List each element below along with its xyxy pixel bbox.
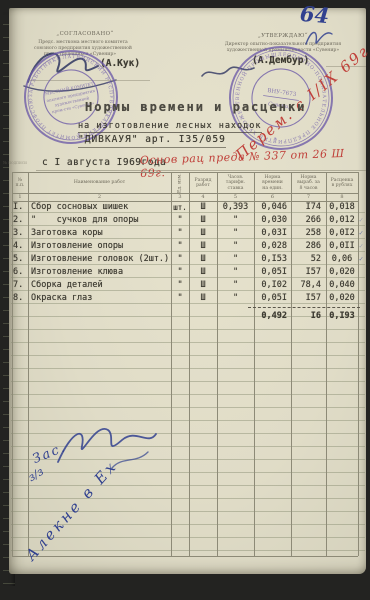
col-header-time: Норма времени на един. [254, 173, 291, 193]
row-num: 4. [13, 240, 28, 253]
scanned-document-page: { "page": {"corner_number": "64"}, "appr… [0, 0, 370, 600]
row-output: 258 [291, 227, 321, 240]
row-unit: " [171, 227, 189, 240]
approved-line-2: художественной промышленности «Сувенир» [198, 48, 368, 54]
row-output: 286 [291, 240, 321, 253]
document-article: "ДИВКАУЯ" арт. I35/059 [78, 134, 226, 148]
row-unit: шт. [171, 201, 189, 214]
row-unit: " [171, 240, 189, 253]
row-rate: " [217, 240, 254, 253]
totals-dashed-line [248, 307, 360, 308]
row-price: 0,06 [326, 253, 358, 266]
row-time: 0,028 [254, 240, 287, 253]
row-output: I74 [291, 201, 321, 214]
row-name: Сбор сосновых шишек [31, 201, 169, 214]
col-header-price: Расценка в рублях [326, 173, 358, 193]
row-output: 266 [291, 214, 321, 227]
agreed-heading: „СОГЛАСОВАНО“ [30, 31, 140, 37]
row-unit: " [171, 253, 189, 266]
row-time: 0,05I [254, 292, 287, 305]
colnum: 8 [326, 194, 358, 200]
colnum: 6 [254, 194, 291, 200]
row-price: 0,012 [326, 214, 358, 227]
signature-right-ink [200, 62, 260, 84]
row-unit: " [171, 279, 189, 292]
document-subtitle: на изготовление лесных находок [78, 121, 262, 133]
row-name: Окраска глаз [31, 292, 169, 305]
total-price: 0,I93 [326, 310, 358, 323]
row-grade: Ш [189, 292, 217, 305]
row-num: 2. [13, 214, 28, 227]
table-bottom-border [12, 556, 358, 557]
row-name: Изготовление клюва [31, 266, 169, 279]
check-mark: ✓ [359, 214, 363, 227]
page-number-flourish [302, 24, 336, 50]
row-time: 0,I02 [254, 279, 287, 292]
row-num: 7. [13, 279, 28, 292]
row-grade: Ш [189, 253, 217, 266]
row-output: I57 [291, 266, 321, 279]
row-rate: " [217, 214, 254, 227]
row-output: 78,4 [291, 279, 321, 292]
check-mark: ✓ [359, 240, 363, 253]
colnum: 7 [291, 194, 326, 200]
colnum: 1 [12, 194, 28, 200]
row-num: I. [13, 201, 28, 214]
col-header-name: Наименование работ [28, 173, 171, 193]
row-grade: Ш [189, 227, 217, 240]
row-output: 52 [291, 253, 321, 266]
check-mark: ✓ [359, 253, 363, 266]
row-num: 3. [13, 227, 28, 240]
row-grade: Ш [189, 240, 217, 253]
colnum: 4 [189, 194, 217, 200]
col-header-grade: Разряд работ [189, 173, 217, 193]
colnum: 3 [171, 194, 189, 200]
row-rate: " [217, 227, 254, 240]
check-mark: ✓ [359, 227, 363, 240]
approved-name: (А.Дембур) [252, 55, 309, 66]
row-grade: Ш [189, 201, 217, 214]
row-name: Изготовление головок (2шт.) [31, 253, 169, 266]
row-rate: " [217, 266, 254, 279]
signature-line-left [30, 80, 150, 81]
row-num: 8. [13, 292, 28, 305]
row-unit: " [171, 214, 189, 227]
row-price: 0,020 [326, 266, 358, 279]
row-num: 6. [13, 266, 28, 279]
row-price: 0,0II [326, 240, 358, 253]
row-rate: " [217, 279, 254, 292]
row-time: 0,046 [254, 201, 287, 214]
row-price: 0,0I2 [326, 227, 358, 240]
total-output: I6 [291, 310, 321, 323]
agreed-name: (А.Кук) [100, 58, 140, 69]
row-price: 0,018 [326, 201, 358, 214]
row-name: Изготовление опоры [31, 240, 169, 253]
row-price: 0,040 [326, 279, 358, 292]
row-rate: " [217, 253, 254, 266]
row-unit: " [171, 292, 189, 305]
table-vline [28, 172, 29, 556]
row-time: 0,030 [254, 214, 287, 227]
total-time: 0,492 [254, 310, 287, 323]
faint-margin-label: № подписи [3, 160, 27, 165]
row-grade: Ш [189, 214, 217, 227]
row-name: " сучков для опоры [31, 214, 169, 227]
row-time: 0,I53 [254, 253, 287, 266]
row-grade: Ш [189, 279, 217, 292]
row-rate: 0,393 [217, 201, 254, 214]
col-header-index: № п.п. [12, 173, 28, 193]
col-header-unit: Ед. изм. [171, 173, 189, 193]
row-name: Сборка деталей [31, 279, 169, 292]
row-unit: " [171, 266, 189, 279]
row-price: 0,020 [326, 292, 358, 305]
row-time: 0,05I [254, 266, 287, 279]
row-num: 5. [13, 253, 28, 266]
document-title: Нормы времени и расценки [85, 100, 306, 114]
row-time: 0,03I [254, 227, 287, 240]
row-output: I57 [291, 292, 321, 305]
colnum: 5 [217, 194, 254, 200]
col-header-output: Норма выраб. за 8 часов [291, 173, 326, 193]
colnum: 2 [28, 194, 171, 200]
row-rate: " [217, 292, 254, 305]
row-grade: Ш [189, 266, 217, 279]
col-header-rate: Часов. тарифн. ставка [217, 173, 254, 193]
row-name: Заготовка коры [31, 227, 169, 240]
